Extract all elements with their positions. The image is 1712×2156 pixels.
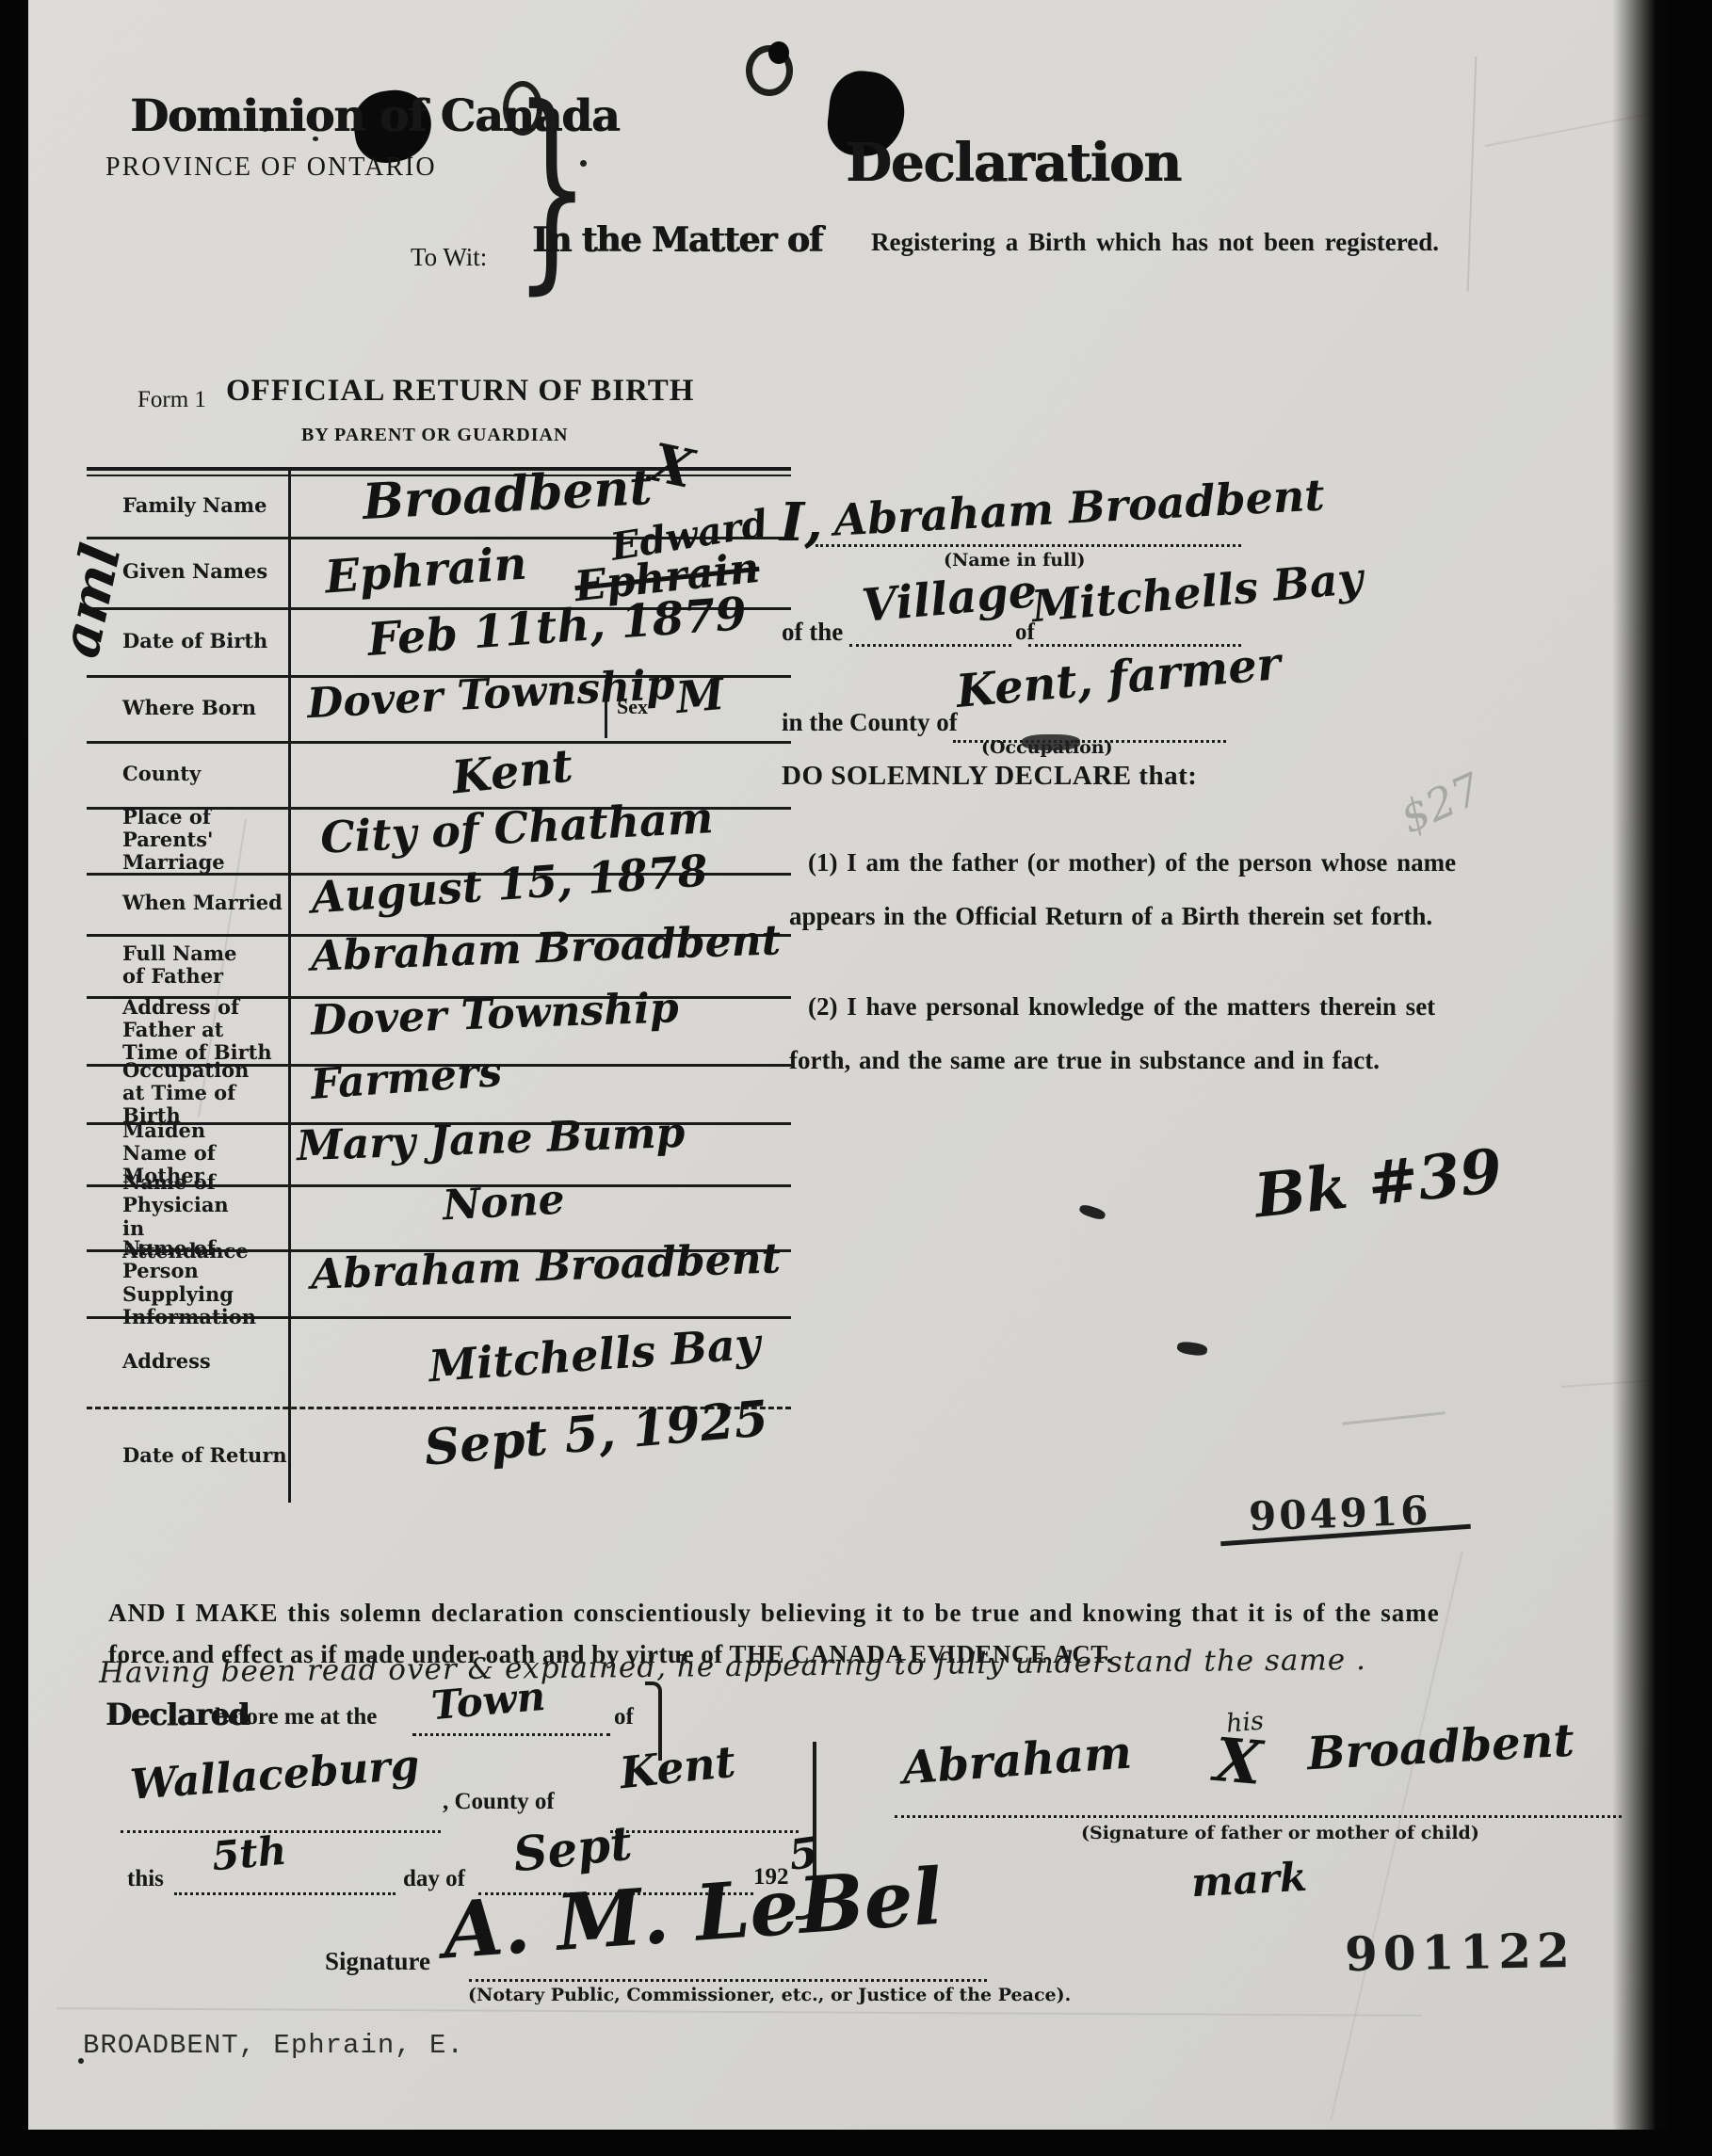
notary-caption: (Notary Public, Commissioner, etc., or J… bbox=[468, 1985, 1071, 2005]
typed-index-name: BROADBENT, Ephrain, E. bbox=[83, 2030, 464, 2061]
county-value-2: Kent bbox=[618, 1736, 738, 1799]
this-label: this bbox=[127, 1866, 164, 1892]
county-of-label-2: , County of bbox=[443, 1789, 555, 1815]
sex-value: M bbox=[674, 668, 726, 723]
value-given-names: Ephrain bbox=[323, 538, 528, 604]
county-occupation-value: Kent, farmer bbox=[954, 637, 1283, 718]
value-informant: Abraham Broadbent bbox=[310, 1234, 782, 1298]
field-label-occupation: Occupation at Time of Birth bbox=[122, 1064, 273, 1122]
write-line-declarant bbox=[895, 1815, 1622, 1818]
value-occupation: Farmers bbox=[309, 1048, 503, 1109]
x-mark-signature: X bbox=[1212, 1725, 1265, 1799]
to-wit-label: To Wit: bbox=[411, 243, 487, 272]
signature-label: Signature bbox=[325, 1947, 430, 1976]
value-father-name: Abraham Broadbent bbox=[310, 916, 782, 980]
field-label-father-name: Full Name of Father bbox=[122, 934, 264, 996]
clause1-line2: appears in the Official Return of a Birt… bbox=[789, 902, 1432, 931]
declarant-first-signature: Abraham bbox=[900, 1727, 1133, 1795]
write-line-day bbox=[174, 1892, 396, 1895]
scan-border-right bbox=[1667, 0, 1712, 2156]
declaration-title: Declaration bbox=[846, 132, 1181, 194]
form-number: Form 1 bbox=[137, 387, 206, 413]
declarant-name-full: Abraham Broadbent bbox=[832, 469, 1326, 545]
of-label: of bbox=[1015, 619, 1035, 646]
field-label-given-names: Given Names bbox=[122, 537, 311, 607]
scanned-document: Dominion of Canada PROVINCE OF ONTARIO T… bbox=[0, 0, 1712, 2156]
margin-scribble: aml bbox=[47, 539, 134, 663]
form-subtitle: BY PARENT OR GUARDIAN bbox=[301, 425, 568, 446]
matter-text: Registering a Birth which has not been r… bbox=[871, 228, 1439, 257]
write-line-municipality-type bbox=[849, 644, 1011, 647]
field-label-address: Address bbox=[122, 1316, 311, 1407]
field-label-date-of-birth: Date of Birth bbox=[122, 607, 311, 675]
fold-line bbox=[57, 2007, 1422, 2017]
value-father-address: Dover Township bbox=[310, 984, 679, 1045]
book-number: Bk #39 bbox=[1252, 1135, 1506, 1231]
place-type-value: Town bbox=[429, 1673, 547, 1729]
ink-smudge bbox=[1078, 1203, 1106, 1221]
of-the-label: of the bbox=[782, 618, 843, 647]
signature-caption: (Signature of father or mother of child) bbox=[1081, 1823, 1479, 1843]
province-subtitle: PROVINCE OF ONTARIO bbox=[105, 153, 437, 183]
ink-smudge bbox=[1176, 1341, 1207, 1357]
pencil-note: $27 bbox=[1393, 763, 1489, 843]
month-value: Sept bbox=[510, 1815, 634, 1883]
solemnly-declare: DO SOLEMNLY DECLARE that: bbox=[782, 761, 1197, 792]
value-address: Mitchells Bay bbox=[428, 1318, 763, 1392]
value-county: Kent bbox=[449, 739, 574, 804]
scan-border-bottom bbox=[0, 2130, 1712, 2156]
page-edge-shadow bbox=[1612, 0, 1667, 2130]
county-of-label: in the County of bbox=[782, 708, 958, 737]
field-label-county: County bbox=[122, 741, 311, 807]
write-line-county-2 bbox=[610, 1830, 799, 1833]
before-me-label: before me at the bbox=[215, 1704, 377, 1730]
pencil-squiggle bbox=[1342, 1411, 1446, 1424]
in-the-matter-of: In the Matter of bbox=[532, 220, 822, 260]
registration-stamp-number: 901122 bbox=[1345, 1923, 1576, 1982]
clause2-line2: forth, and the same are true in substanc… bbox=[789, 1046, 1380, 1075]
place-name-value: Wallaceburg bbox=[129, 1741, 421, 1809]
sex-label: Sex bbox=[617, 695, 648, 719]
field-label-where-born: Where Born bbox=[122, 675, 311, 741]
municipality-type: Village bbox=[860, 565, 1039, 633]
ink-smudge bbox=[1022, 734, 1080, 750]
of-label-2: of bbox=[614, 1704, 634, 1730]
ink-blot bbox=[768, 41, 789, 64]
value-mother-maiden-name: Mary Jane Bump bbox=[296, 1109, 686, 1170]
declarant-last-signature: Broadbent bbox=[1306, 1714, 1575, 1781]
field-label-father-address: Address of Father at Time of Birth bbox=[122, 996, 273, 1064]
mark-label: mark bbox=[1190, 1854, 1308, 1906]
value-date-of-return: Sept 5, 1925 bbox=[422, 1390, 770, 1477]
field-label-date-of-return: Date of Return bbox=[122, 1409, 311, 1502]
paper-page: Dominion of Canada PROVINCE OF ONTARIO T… bbox=[28, 0, 1667, 2130]
write-line-signature bbox=[469, 1979, 987, 1982]
fold-line bbox=[1467, 56, 1478, 292]
write-line-place-type bbox=[412, 1733, 610, 1736]
scan-border-left bbox=[0, 0, 28, 2156]
field-label-when-married: When Married bbox=[122, 873, 311, 934]
clause1-line1: (1) I am the father (or mother) of the p… bbox=[808, 848, 1456, 877]
field-label-family-name: Family Name bbox=[122, 475, 311, 537]
field-label-informant: Name of Person Supplying Information bbox=[122, 1249, 264, 1316]
write-line-name bbox=[816, 544, 1241, 547]
day-value: 5th bbox=[210, 1827, 288, 1880]
value-physician: None bbox=[442, 1176, 566, 1231]
header-brace: } bbox=[514, 62, 590, 314]
value-date-of-birth: Feb 11th, 1879 bbox=[366, 587, 749, 667]
x-mark: X bbox=[646, 431, 699, 501]
oath-line1: AND I MAKE this solemn declaration consc… bbox=[108, 1599, 1440, 1628]
form-title: OFFICIAL RETURN OF BIRTH bbox=[226, 374, 694, 409]
clause2-line1: (2) I have personal knowledge of the mat… bbox=[808, 992, 1435, 1022]
field-label-place-of-marriage: Place of Parents' Marriage bbox=[122, 807, 292, 873]
